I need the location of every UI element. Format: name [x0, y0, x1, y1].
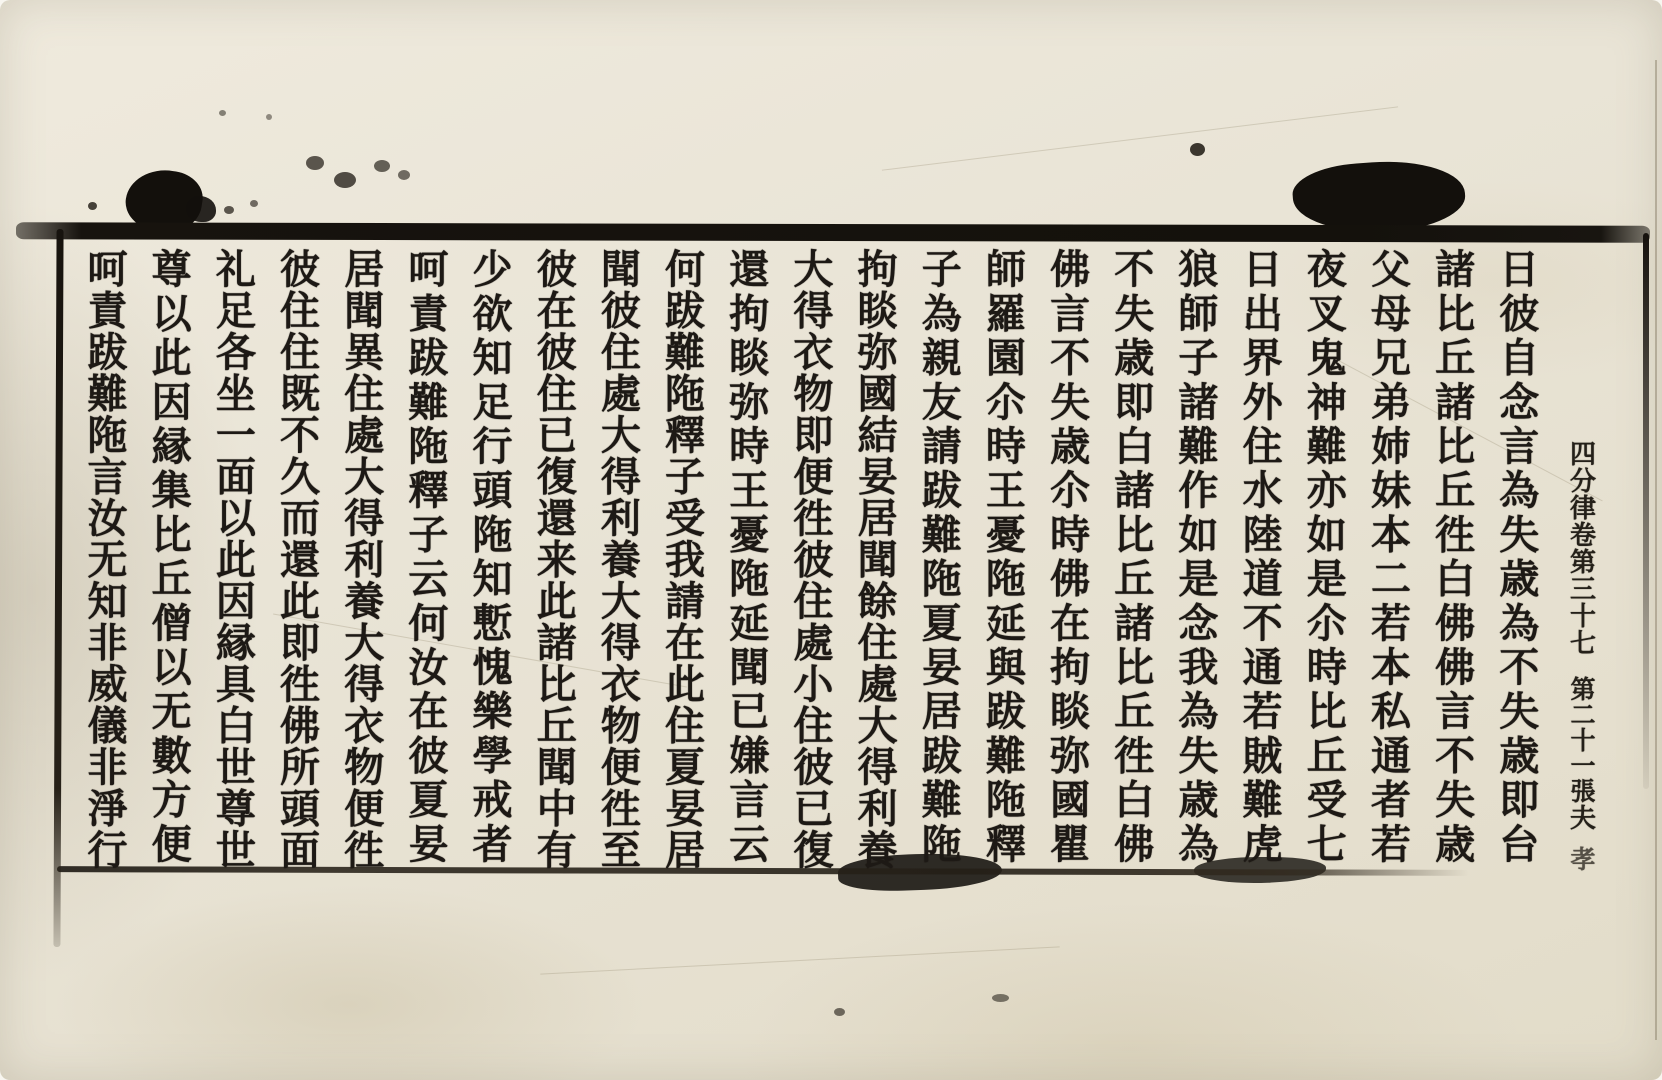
text-column: 呵責跋難陁言汝无知非威儀非淨行: [76, 248, 133, 872]
text-column: 日彼自念言為失歳為不失歳即台: [1488, 248, 1545, 872]
paper-sheet: 四分律卷第三十七 第二十一張 夫 孝 日彼自念言為失歳為不失歳即台 諸比丘諸比丘…: [0, 0, 1662, 1080]
ink-speck: [88, 202, 97, 210]
text-column: 礼足各坐一面以此因縁具白世尊世: [204, 248, 261, 872]
case-mark: 夫: [1562, 804, 1599, 830]
ink-speck: [334, 172, 356, 188]
text-column: 大得衣物即便徃彼住處小住彼已復: [782, 248, 839, 872]
volume-title: 四分律卷第三十七: [1562, 440, 1599, 656]
ink-speck: [250, 200, 258, 207]
ink-speck: [834, 1008, 845, 1016]
ink-speck: [306, 156, 324, 170]
collator-mark: 孝: [1563, 846, 1599, 871]
ink-smudge: [186, 196, 216, 222]
text-column: 佛言不失歳尒時佛在拘睒弥國瞿: [1039, 248, 1096, 872]
text-column: 諸比丘諸比丘徃白佛佛言不失歳: [1424, 248, 1481, 872]
text-block: 四分律卷第三十七 第二十一張 夫 孝 日彼自念言為失歳為不失歳即台 諸比丘諸比丘…: [62, 248, 1648, 872]
text-column: 尊以此因縁集比丘僧以无數方便: [140, 248, 197, 872]
photo-canvas: 四分律卷第三十七 第二十一張 夫 孝 日彼自念言為失歳為不失歳即台 諸比丘諸比丘…: [0, 0, 1662, 1080]
ink-speck: [992, 994, 1009, 1002]
text-column: 何跋難陁釋子受我請在此住夏妟居: [654, 248, 711, 872]
text-column: 呵責跋難陁釋子云何汝在彼夏妟: [397, 248, 454, 872]
text-column: 師羅園尒時王憂陁延與跋難陁釋: [974, 248, 1031, 872]
sheet-number: 第二十一張: [1563, 676, 1599, 804]
text-column: 還拘睒弥時王憂陁延聞已嫌言云: [718, 248, 775, 872]
ink-speck: [1190, 143, 1205, 156]
ink-speck: [374, 160, 390, 172]
text-column: 夜叉鬼神難亦如是尒時比丘受七: [1295, 248, 1352, 872]
text-column: 子為親友請跋難陁夏妟居跋難陁: [910, 248, 967, 872]
text-column: 狼師子諸難作如是念我為失歳為: [1167, 248, 1224, 872]
text-column: 彼住住既不久而還此即徃佛所頭面: [269, 248, 326, 872]
ink-speck: [224, 206, 234, 214]
paper-right-edge: [1655, 60, 1657, 1040]
text-column: 不失歳即白諸比丘諸比丘徃白佛: [1103, 248, 1160, 872]
text-column: 日出界外住水陸道不通若賊難虎: [1231, 248, 1288, 872]
text-column: 父母兄弟姉妹本二若本私通者若: [1359, 248, 1416, 872]
text-column: 拘睒弥國結妟居聞餘住處大得利養: [846, 248, 903, 872]
ink-speck: [398, 170, 410, 180]
paper-crease: [882, 106, 1398, 170]
title-column: 四分律卷第三十七 第二十一張 夫 孝: [1552, 248, 1610, 872]
frame-top-border: [16, 222, 1650, 242]
ink-speck: [219, 110, 226, 116]
text-column: 少欲知足行頭陁知慙愧樂學戒者: [461, 248, 518, 872]
text-column: 彼在彼住已復還来此諸比丘聞中有: [525, 248, 582, 872]
text-column: 居聞異住處大得利養大得衣物便徃: [333, 248, 390, 872]
ink-speck: [266, 114, 272, 120]
text-column: 聞彼住處大得利養大得衣物便徃至: [589, 248, 646, 872]
paper-crease: [540, 946, 1059, 974]
